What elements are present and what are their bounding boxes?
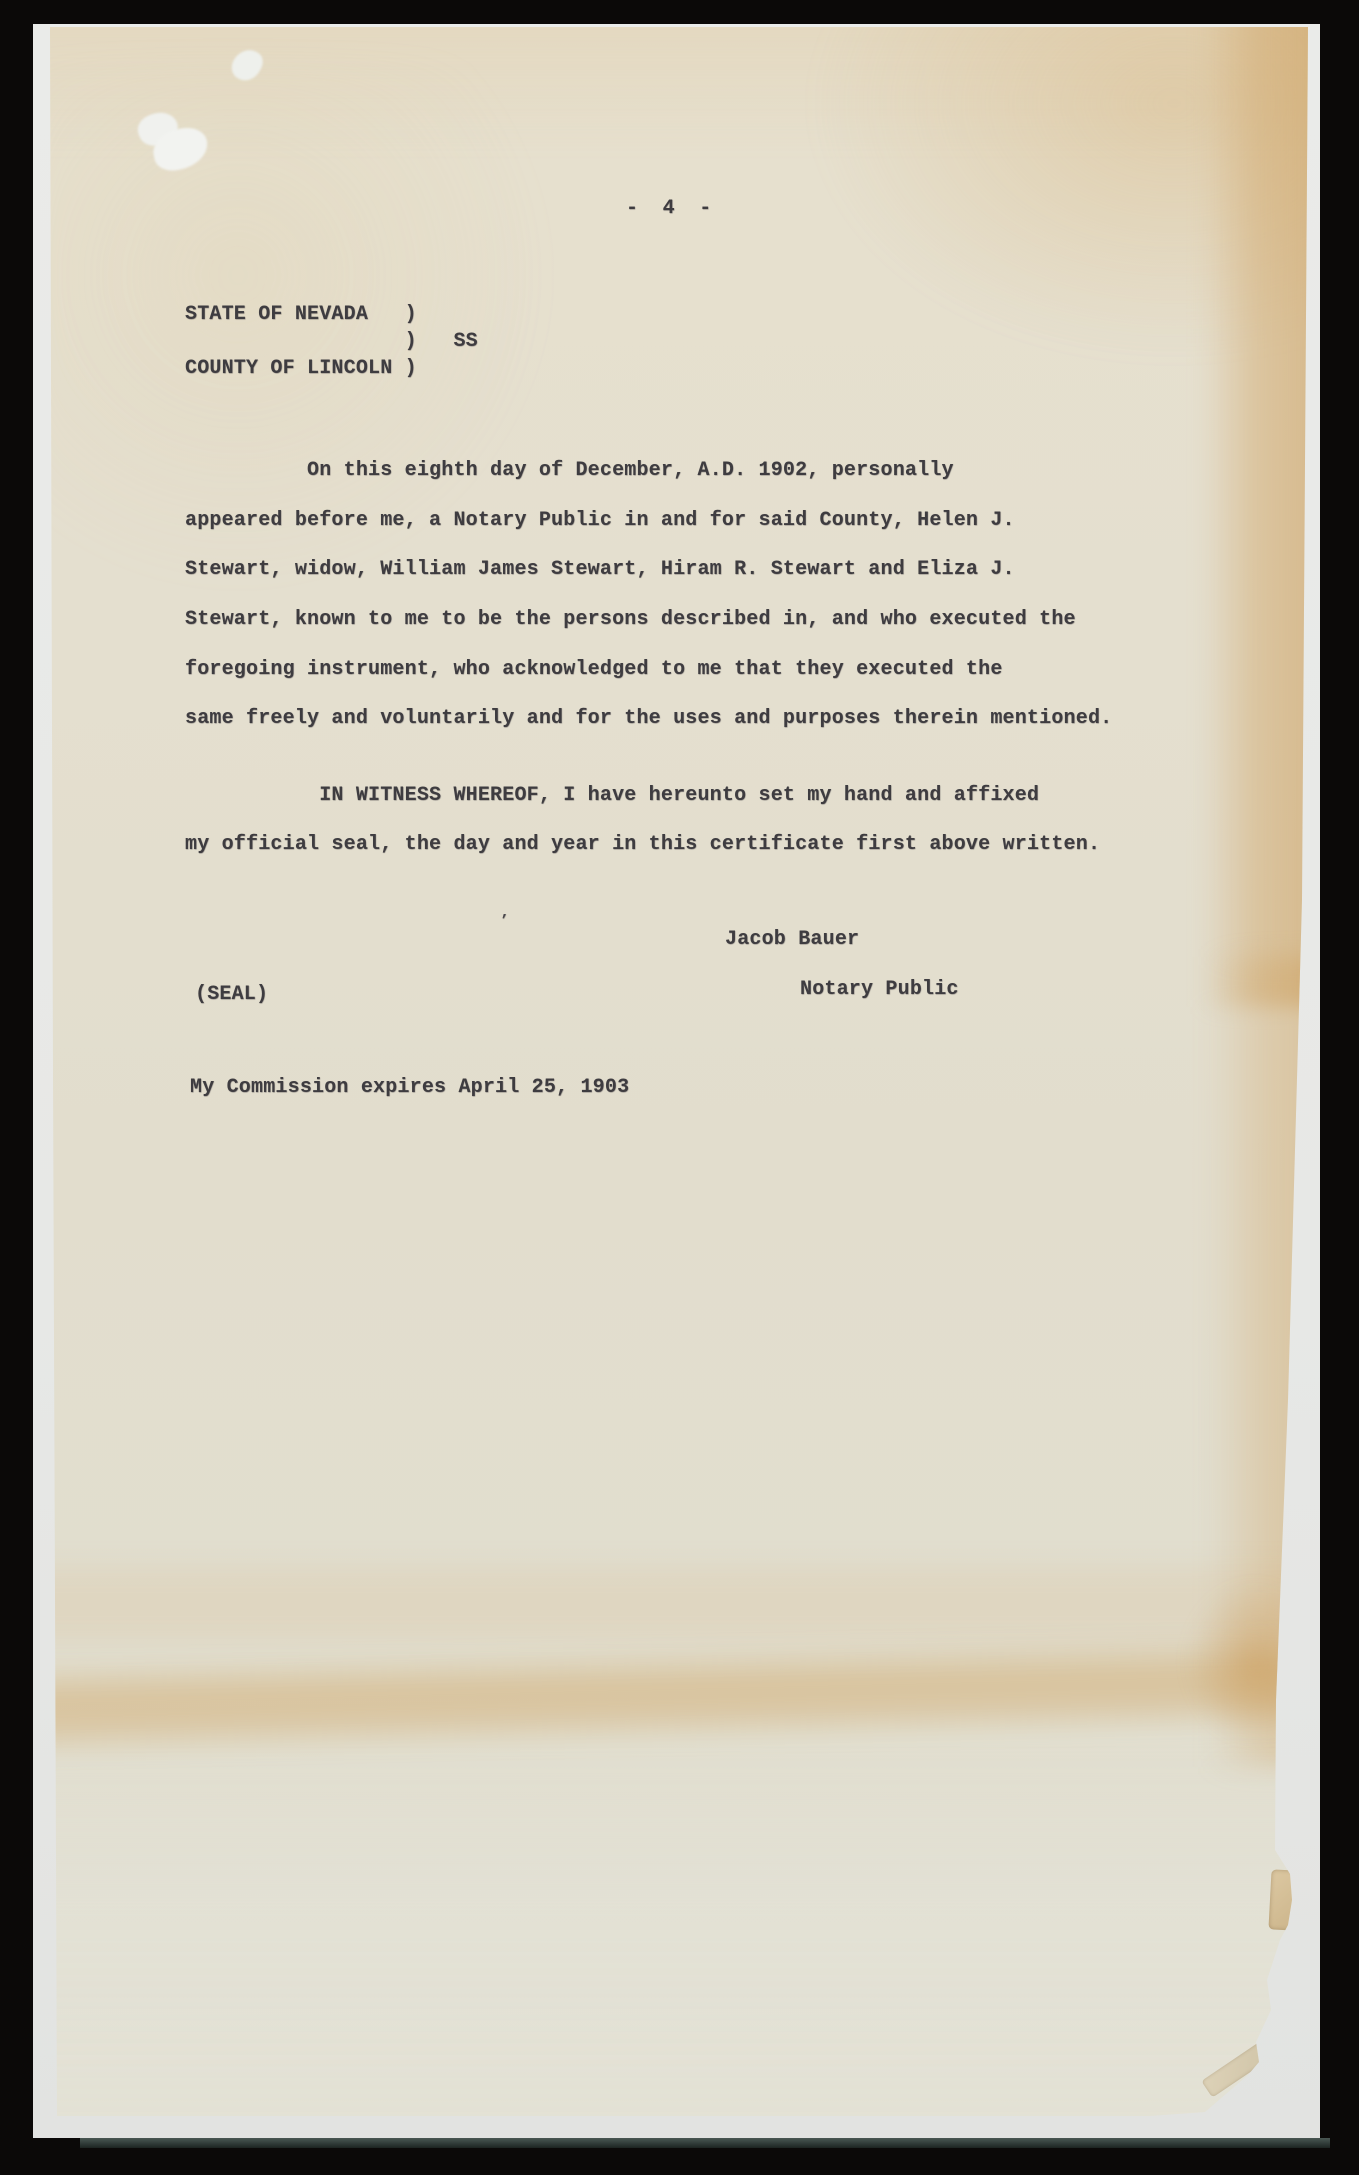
stain-horizontal-band	[50, 1630, 1309, 1760]
scan-background: - 4 - STATE OF NEVADA ) ) SS COUNTY OF L…	[0, 0, 1359, 2175]
acknowledgment-line: On this eighth day of December, A.D. 190…	[185, 459, 954, 483]
stain-band-halo	[50, 1567, 1309, 1642]
commission-line: My Commission expires April 25, 1903	[190, 1076, 629, 1100]
acknowledgment-line: Stewart, widow, William James Stewart, H…	[185, 558, 1015, 582]
jurat-county-line: COUNTY OF LINCOLN )	[185, 357, 417, 381]
stray-mark: ’	[500, 909, 509, 933]
scanner-shadow-strip	[80, 2138, 1330, 2148]
page-number: - 4 -	[626, 197, 711, 221]
jurat-ss-line: ) SS	[185, 330, 478, 354]
seal-label: (SEAL)	[195, 983, 268, 1007]
acknowledgment-line: Stewart, known to me to be the persons d…	[185, 608, 1076, 632]
acknowledgment-line: foregoing instrument, who acknowledged t…	[185, 658, 1003, 682]
stain-bottom-wash	[50, 1752, 1309, 2116]
witness-clause-line: IN WITNESS WHEREOF, I have hereunto set …	[185, 784, 1039, 808]
document-page: - 4 - STATE OF NEVADA ) ) SS COUNTY OF L…	[50, 27, 1309, 2116]
witness-clause-line: my official seal, the day and year in th…	[185, 833, 1100, 857]
signature-title: Notary Public	[800, 978, 959, 1002]
jurat-state-line: STATE OF NEVADA )	[185, 303, 417, 327]
stain-right-band-upper	[1200, 27, 1309, 1007]
signature-name: Jacob Bauer	[725, 928, 859, 952]
acknowledgment-line: appeared before me, a Notary Public in a…	[185, 509, 1015, 533]
acknowledgment-line: same freely and voluntarily and for the …	[185, 707, 1112, 731]
